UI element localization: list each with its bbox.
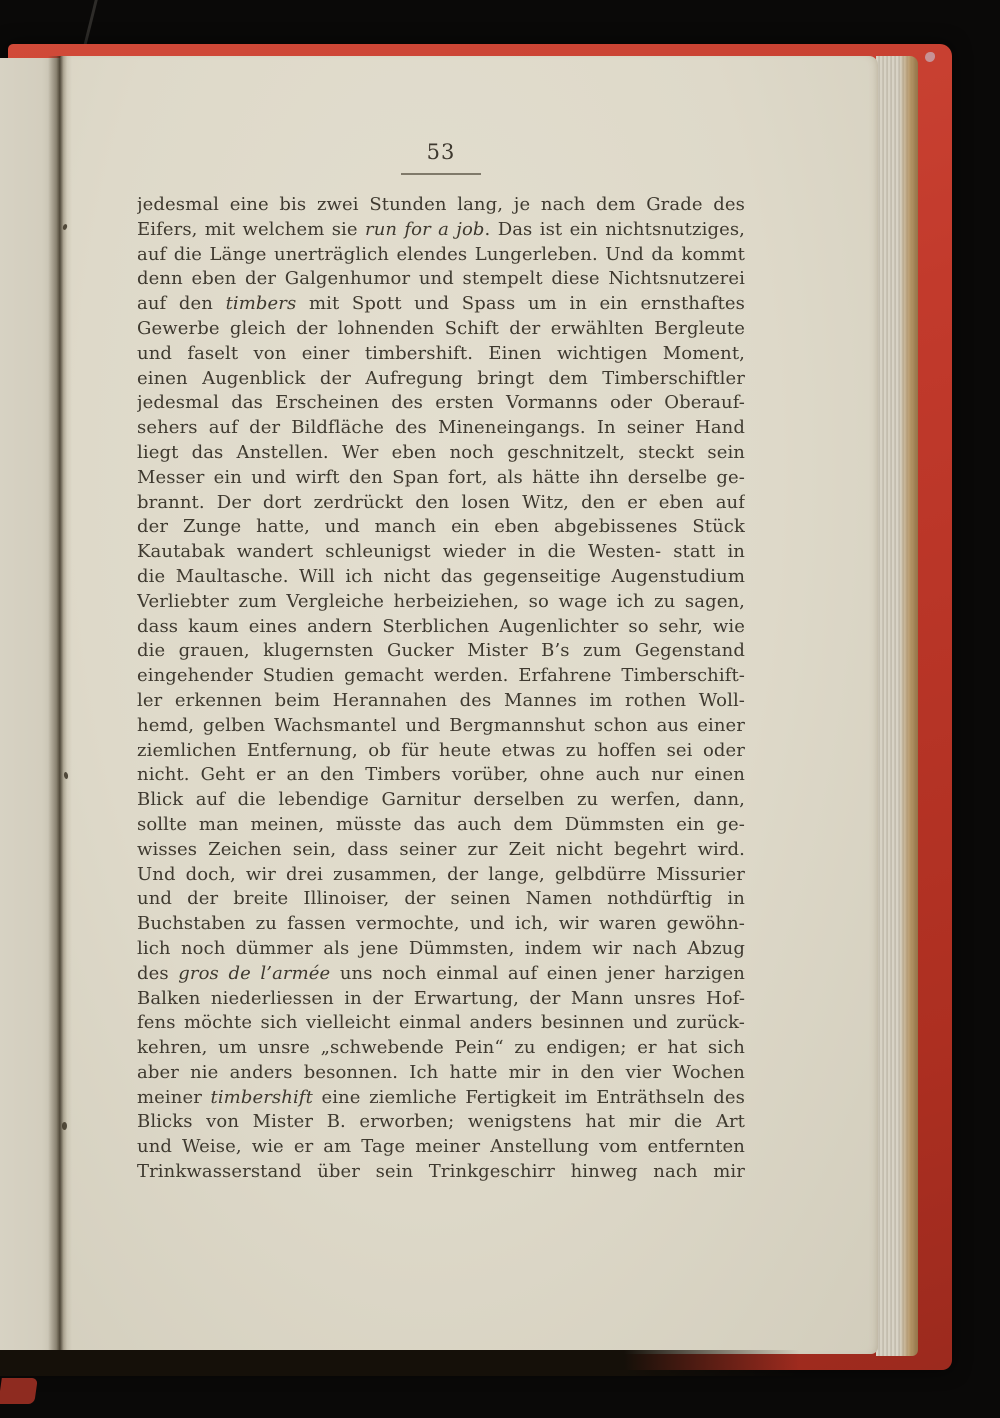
text-line: denn eben der Galgenhumor und stempelt d… [137, 267, 745, 292]
text-line: hemd, gelben Wachsmantel und Bergmannshu… [137, 714, 745, 739]
text-line: Verliebter zum Vergleiche herbeiziehen, … [137, 590, 745, 615]
gutter-shadow [48, 56, 72, 1354]
text-line: Trinkwasserstand über sein Trinkgeschirr… [137, 1160, 745, 1185]
page-number-rule [401, 173, 481, 175]
text-line: kehren, um unsre „schwebende Pein“ zu en… [137, 1036, 745, 1061]
page-stack-edges [876, 56, 918, 1356]
body-text: jedesmal eine bis zwei Stunden lang, je … [137, 193, 745, 1185]
text-line: Balken niederliessen in der Erwartung, d… [137, 987, 745, 1012]
text-line: dass kaum eines andern Sterblichen Augen… [137, 615, 745, 640]
text-line: Buchstaben zu fassen vermochte, und ich,… [137, 912, 745, 937]
text-line: und der breite Illinoiser, der seinen Na… [137, 887, 745, 912]
text-line: jedesmal eine bis zwei Stunden lang, je … [137, 193, 745, 218]
page-number: 53 [137, 140, 745, 164]
text-line: die grauen, klugernsten Gucker Mister B’… [137, 639, 745, 664]
text-line: der Zunge hatte, und manch ein eben abge… [137, 515, 745, 540]
text-line: fens möchte sich vielleicht einmal ander… [137, 1011, 745, 1036]
text-line: brannt. Der dort zerdrückt den losen Wit… [137, 491, 745, 516]
text-line: liegt das Anstellen. Wer eben noch gesch… [137, 441, 745, 466]
text-line: auf den timbers mit Spott und Spass um i… [137, 292, 745, 317]
text-line: Blicks von Mister B. erworben; wenigsten… [137, 1110, 745, 1135]
text-line: eingehender Studien gemacht werden. Erfa… [137, 664, 745, 689]
text-line: Eifers, mit welchem sie run for a job. D… [137, 218, 745, 243]
text-line: Kautabak wandert schleunigst wieder in d… [137, 540, 745, 565]
text-line: Blick auf die lebendige Garnitur derselb… [137, 788, 745, 813]
cover-corner-patch [0, 1378, 38, 1404]
text-line: nicht. Geht er an den Timbers vorüber, o… [137, 763, 745, 788]
text-line: Und doch, wir drei zusammen, der lange, … [137, 863, 745, 888]
text-line: sehers auf der Bildfläche des Mineneinga… [137, 416, 745, 441]
text-line: und faselt von einer timbershift. Einen … [137, 342, 745, 367]
text-line: ziemlichen Entfernung, ob für heute etwa… [137, 739, 745, 764]
text-line: meiner timbershift eine ziemliche Fertig… [137, 1086, 745, 1111]
text-line: einen Augenblick der Aufregung bringt de… [137, 367, 745, 392]
text-line: aber nie anders besonnen. Ich hatte mir … [137, 1061, 745, 1086]
text-line: Messer ein und wirft den Span fort, als … [137, 466, 745, 491]
text-line: und Weise, wie er am Tage meiner Anstell… [137, 1135, 745, 1160]
text-line: lich noch dümmer als jene Dümmsten, inde… [137, 937, 745, 962]
text-line: die Maultasche. Will ich nicht das gegen… [137, 565, 745, 590]
text-line: Gewerbe gleich der lohnenden Schift der … [137, 317, 745, 342]
book-scan: 53 jedesmal eine bis zwei Stunden lang, … [0, 0, 1000, 1418]
text-line: auf die Länge unerträglich elendes Lunge… [137, 243, 745, 268]
bottom-shadow [0, 1350, 800, 1376]
text-line: jedesmal das Erscheinen des ersten Vorma… [137, 391, 745, 416]
text-line: sollte man meinen, müsste das auch dem D… [137, 813, 745, 838]
text-line: ler erkennen beim Herannahen des Mannes … [137, 689, 745, 714]
book-page: 53 jedesmal eine bis zwei Stunden lang, … [60, 56, 878, 1354]
text-line: des gros de l’armée uns noch einmal auf … [137, 962, 745, 987]
text-line: wisses Zeichen sein, dass seiner zur Zei… [137, 838, 745, 863]
